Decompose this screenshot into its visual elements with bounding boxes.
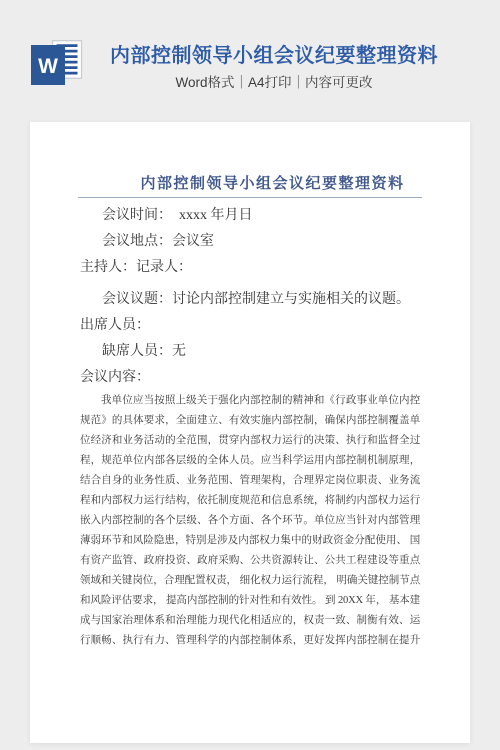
document-page: 内部控制领导小组会议纪要整理资料 会议时间： xxxx 年月日 会议地点：会议室… [30,122,470,743]
meeting-attendees: 出席人员： [80,313,420,339]
page-title: 内部控制领导小组会议纪要整理资料 [85,44,463,68]
meeting-host-recorder: 主持人：记录人： [80,255,420,281]
body-line: 位经济和业务活动的全范围，贯穿内部权力运行的决策、执行和监督全过 [80,431,420,451]
body-line: 我单位应当按照上级关于强化内部控制的精神和《行政事业单位内控 [80,391,420,411]
body-line: 程和内部权力运行结构，依托制度规范和信息系统，将制约内部权力运行 [80,491,420,511]
header: W 内部控制领导小组会议纪要整理资料 Word格式｜A4打印｜内容可更改 [0,0,500,122]
header-text: 内部控制领导小组会议纪要整理资料 Word格式｜A4打印｜内容可更改 [85,44,463,91]
body-line: 和风险评估要求， 提高内部控制的针对性和有效性。 到 20XX 年， 基本建 [80,591,420,611]
body-line: 成与国家治理体系和治理能力现代化相适应的，权责一致、制衡有效、运 [80,611,420,631]
body-line: 结合自身的业务性质、业务范围、管理架构，合理界定岗位职责、业务流 [80,471,420,491]
page-subtitle: Word格式｜A4打印｜内容可更改 [85,75,463,91]
meeting-content-label: 会议内容： [80,365,420,391]
meeting-topic: 会议议题：讨论内部控制建立与实施相关的议题。 [80,287,420,313]
meeting-place: 会议地点：会议室 [80,229,420,255]
body-line: 程，规范单位内部各层级的全体人员。应当科学运用内部控制机制原理， [80,451,420,471]
body-line: 薄弱环节和风险隐患，特别是涉及内部权力集中的财政资金分配使用、 国 [80,531,420,551]
meeting-absentees: 缺席人员：无 [80,339,420,365]
body-line: 有资产监管、政府投资、政府采购、公共资源转让、公共工程建设等重点 [80,551,420,571]
word-document-icon: W [31,40,83,86]
title-divider [78,197,422,198]
body-line: 领域和关键岗位，合理配置权责， 细化权力运行流程， 明确关键控制节点 [80,571,420,591]
body-line: 嵌入内部控制的各个层级、各个方面、各个环节。单位应当针对内部管理 [80,511,420,531]
page-background: W 内部控制领导小组会议纪要整理资料 Word格式｜A4打印｜内容可更改 内部控… [0,0,500,750]
document-title: 内部控制领导小组会议纪要整理资料 [80,176,420,192]
body-line: 规范》的具体要求，全面建立、有效实施内部控制，确保内部控制覆盖单 [80,411,420,431]
body-line: 行顺畅、执行有力、管理科学的内部控制体系，更好发挥内部控制在提升 [80,631,420,651]
meeting-time: 会议时间： xxxx 年月日 [80,203,420,229]
word-icon-letter: W [38,55,58,78]
meeting-meta: 会议时间： xxxx 年月日 会议地点：会议室 主持人：记录人： 会议议题：讨论… [80,203,420,391]
meeting-content-body: 我单位应当按照上级关于强化内部控制的精神和《行政事业单位内控 规范》的具体要求，… [80,391,420,651]
